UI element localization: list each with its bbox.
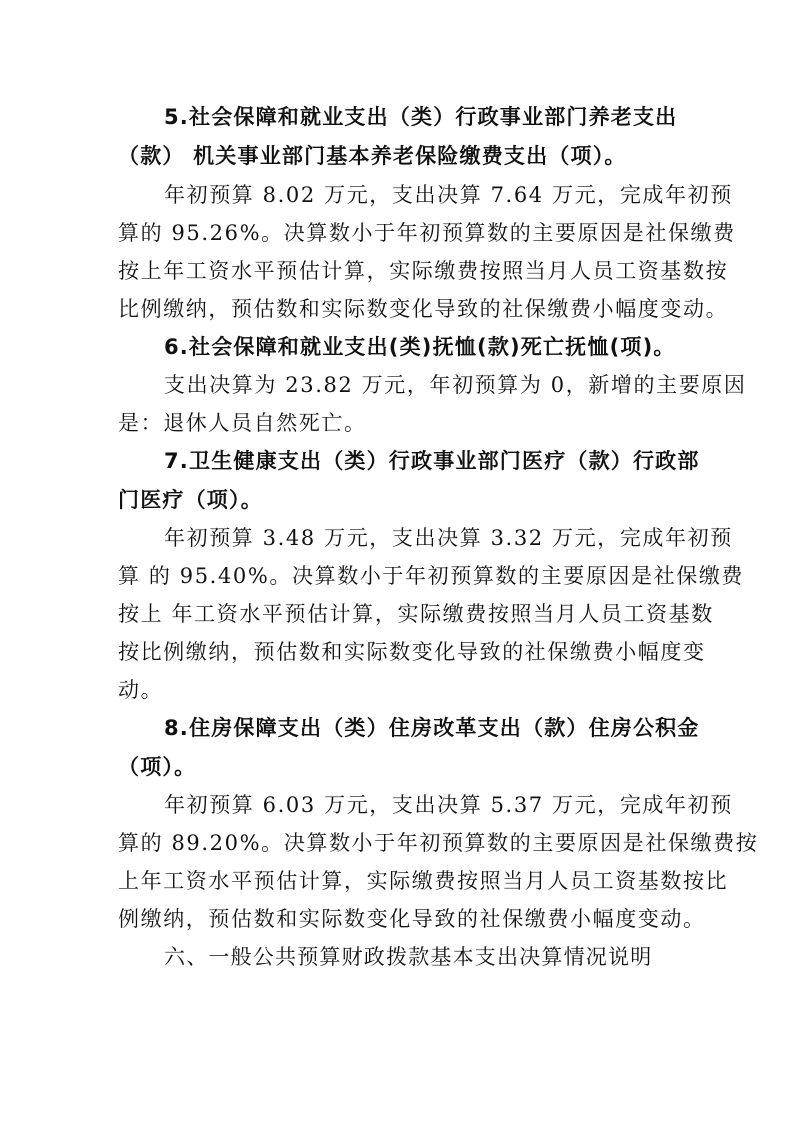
item-8-body-line-3: 上年工资水平预估计算，实际缴费按照当月人员工资基数按比 — [118, 867, 670, 895]
item-6-heading-line-1: 6.社会保障和就业支出(类)抚恤(款)死亡抚恤(项)。 — [164, 333, 670, 361]
item-5-body-line-1: 年初预算 8.02 万元，支出决算 7.64 万元，完成年初预 — [164, 181, 670, 209]
item-8-heading-line-2: （项）。 — [118, 753, 670, 781]
document-page: 5.社会保障和就业支出（类）行政事业部门养老支出 （款） 机关事业部门基本养老保… — [0, 0, 793, 1122]
item-8-heading-line-1: 8.住房保障支出（类）住房改革支出（款）住房公积金 — [164, 714, 670, 742]
item-7-heading-line-2: 门医疗（项）。 — [118, 486, 670, 514]
section-heading: 六、一般公共预算财政拨款基本支出决算情况说明 — [164, 943, 670, 971]
item-6-body-line-2: 是：退休人员自然死亡。 — [118, 409, 670, 437]
item-6-body-line-1: 支出决算为 23.82 万元，年初预算为 0，新增的主要原因 — [164, 371, 670, 399]
item-7-body-line-3: 按上 年工资水平预估计算，实际缴费按照当月人员工资基数 — [118, 600, 670, 628]
item-8-body-line-1: 年初预算 6.03 万元，支出决算 5.37 万元，完成年初预 — [164, 791, 670, 819]
item-5-body-line-4: 比例缴纳，预估数和实际数变化导致的社保缴费小幅度变动。 — [118, 295, 670, 323]
item-7-body-line-2: 算 的 95.40%。决算数小于年初预算数的主要原因是社保缴费 — [118, 562, 670, 590]
item-5-body-line-2: 算的 95.26%。决算数小于年初预算数的主要原因是社保缴费 — [118, 219, 670, 247]
item-7-body-line-1: 年初预算 3.48 万元，支出决算 3.32 万元，完成年初预 — [164, 524, 670, 552]
item-7-body-line-5: 动。 — [118, 676, 670, 704]
item-8-body-line-2: 算的 89.20%。决算数小于年初预算数的主要原因是社保缴费按 — [118, 829, 670, 857]
item-7-heading-line-1: 7.卫生健康支出（类）行政事业部门医疗（款）行政部 — [164, 447, 670, 475]
item-8-body-line-4: 例缴纳，预估数和实际数变化导致的社保缴费小幅度变动。 — [118, 905, 670, 933]
item-5-heading-line-1: 5.社会保障和就业支出（类）行政事业部门养老支出 — [164, 103, 670, 131]
item-5-heading-line-2: （款） 机关事业部门基本养老保险缴费支出（项）。 — [118, 142, 670, 170]
item-7-body-line-4: 按比例缴纳，预估数和实际数变化导致的社保缴费小幅度变 — [118, 638, 670, 666]
item-5-body-line-3: 按上年工资水平预估计算，实际缴费按照当月人员工资基数按 — [118, 257, 670, 285]
